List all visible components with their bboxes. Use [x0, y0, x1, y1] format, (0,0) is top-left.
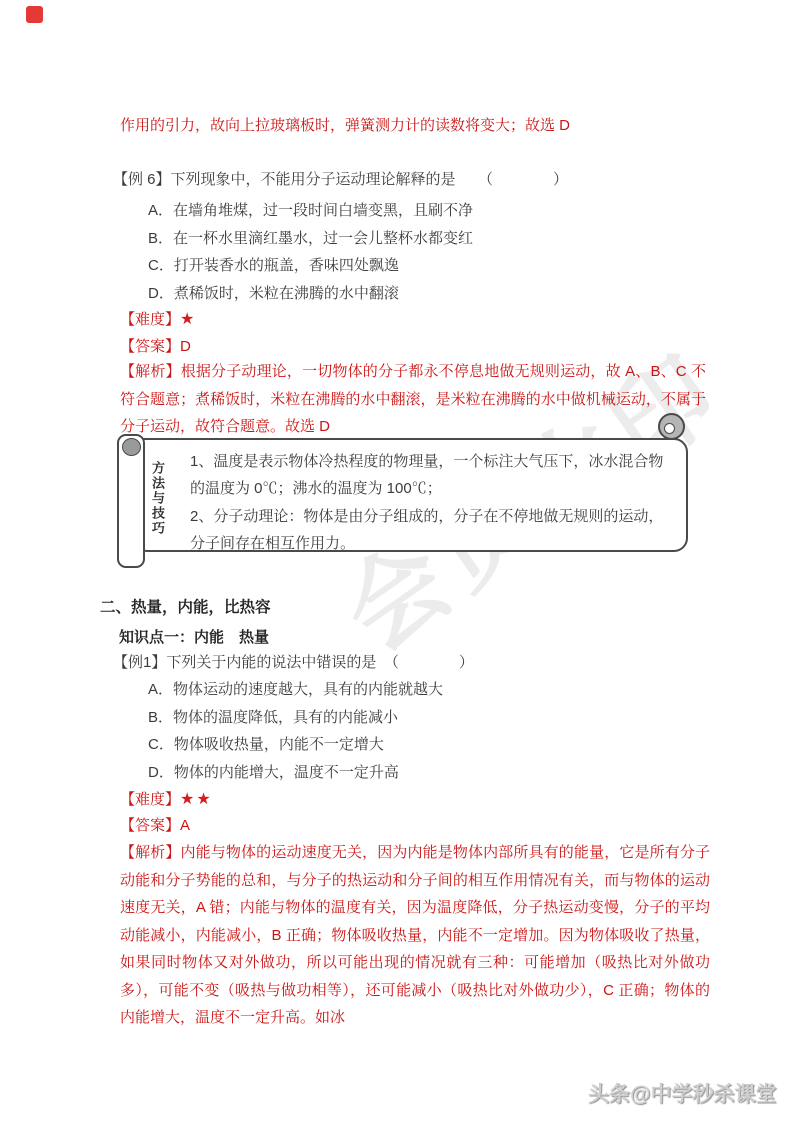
analysis-text: 内能与物体的运动速度无关，因为内能是物体内部所具有的能量，它是所有分子动能和分子…: [120, 844, 710, 1026]
answer-label: 【答案】: [120, 338, 180, 355]
tips-line-1: 1、温度是表示物体冷热程度的物理量，一个标注大气压下，冰水混合物: [190, 448, 663, 475]
difficulty-label: 【难度】: [120, 311, 180, 328]
analysis-label: 【解析】: [120, 844, 181, 861]
example1-option-d: D．物体的内能增大，温度不一定升高: [148, 759, 399, 787]
scroll-curl-center-icon: [664, 423, 675, 434]
difficulty-label: 【难度】: [120, 791, 180, 808]
example6-difficulty: 【难度】★: [120, 306, 196, 334]
answer-value: D: [180, 338, 191, 355]
example1-question: 【例1】下列关于内能的说法中错误的是 （ ）: [113, 649, 474, 677]
answer-value: A: [180, 817, 190, 834]
section-title: 二、热量，内能，比热容: [100, 594, 271, 622]
analysis-text: 根据分子动理论，一切物体的分子都永不停息地做无规则运动，故 A、B、C 不符合题…: [120, 363, 706, 435]
example6-option-b: B．在一杯水里滴红墨水，过一会儿整杯水都变红: [148, 225, 473, 253]
scroll-roll-cap-icon: [122, 438, 141, 456]
difficulty-stars: ★★: [180, 791, 213, 808]
example1-option-b: B．物体的温度降低，具有的内能减小: [148, 704, 398, 732]
example1-answer: 【答案】A: [120, 812, 190, 840]
example6-option-a: A．在墙角堆煤，过一段时间白墙变黑，且刷不净: [148, 197, 473, 225]
example1-analysis: 【解析】内能与物体的运动速度无关，因为内能是物体内部所具有的能量，它是所有分子动…: [120, 839, 710, 1032]
footer-credit: 头条@中学秒杀课堂: [588, 1078, 776, 1108]
example1-option-c: C．物体吸收热量，内能不一定增大: [148, 731, 384, 759]
document-page: 会员水印 作用的引力，故向上拉玻璃板时，弹簧测力计的读数将变大；故选 D 【例 …: [0, 0, 793, 1122]
knowledge-point-heading: 知识点一：内能 热量: [119, 624, 269, 652]
example6-analysis: 【解析】根据分子动理论，一切物体的分子都永不停息地做无规则运动，故 A、B、C …: [120, 358, 706, 441]
tips-line-4: 分子间存在相互作用力。: [190, 530, 355, 557]
carryover-analysis-line: 作用的引力，故向上拉玻璃板时，弹簧测力计的读数将变大；故选 D: [120, 112, 570, 140]
example6-answer: 【答案】D: [120, 333, 191, 361]
tips-line-3: 2、分子动理论：物体是由分子组成的，分子在不停地做无规则的运动，: [190, 503, 663, 530]
example6-option-c: C．打开装香水的瓶盖，香味四处飘逸: [148, 252, 399, 280]
answer-label: 【答案】: [120, 817, 180, 834]
example1-difficulty: 【难度】★★: [120, 786, 213, 814]
tips-side-label: 方法与技巧: [149, 461, 165, 536]
red-corner-marker: [26, 6, 43, 23]
tips-scroll-left-roll: [117, 434, 145, 568]
tips-scroll-right-curl: [658, 413, 685, 440]
example1-option-a: A．物体运动的速度越大，具有的内能就越大: [148, 676, 443, 704]
analysis-label: 【解析】: [120, 363, 181, 380]
tips-line-2: 的温度为 0℃；沸水的温度为 100℃；: [190, 475, 442, 502]
example6-option-d: D．煮稀饭时，米粒在沸腾的水中翻滚: [148, 280, 399, 308]
difficulty-stars: ★: [180, 311, 196, 328]
example6-question: 【例 6】下列现象中，不能用分子运动理论解释的是 （ ）: [113, 166, 568, 194]
